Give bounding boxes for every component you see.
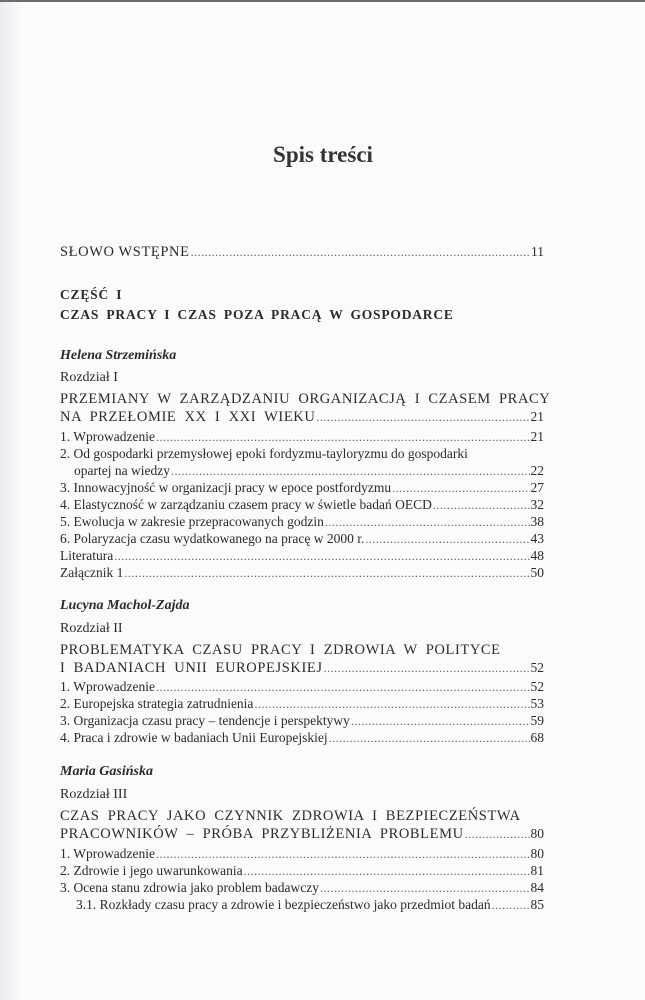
toc-entry: 3. Innowacyjność w organizacji pracy w e… (60, 480, 544, 496)
chapter-label: Rozdział I (60, 370, 118, 386)
toc-entry: Literatura48 (60, 548, 544, 564)
scan-edge-shade (0, 0, 22, 1000)
toc-entry-chapter: NA PRZEŁOMIE XX I XXI WIEKU21 (60, 409, 544, 425)
chapter-title-line: PRZEMIANY W ZARZĄDZANIU ORGANIZACJĄ I CZ… (60, 391, 550, 408)
toc-entry: 4. Elastyczność w zarządzaniu czasem pra… (60, 497, 544, 513)
toc-entry-chapter: PRACOWNIKÓW – PRÓBA PRZYBLIŻENIA PROBLEM… (60, 826, 544, 842)
toc-entry: 2. Zdrowie i jego uwarunkowania81 (60, 863, 544, 879)
chapter-label: Rozdział III (60, 787, 127, 803)
toc-entry-subsection: 3.1. Rozkłady czasu pracy a zdrowie i be… (60, 897, 544, 913)
toc-entry-chapter: I BADANIACH UNII EUROPEJSKIEJ52 (60, 660, 544, 676)
part-title: CZAS PRACY I CZAS POZA PRACĄ W GOSPODARC… (60, 307, 454, 323)
chapter-author: Lucyna Machol-Zajda (60, 598, 190, 614)
chapter-title-line: PROBLEMATYKA CZASU PRACY I ZDROWIA W POL… (60, 642, 501, 659)
toc-entry: 4. Praca i zdrowie w badaniach Unii Euro… (60, 730, 544, 746)
toc-entry: 3. Ocena stanu zdrowia jako problem bada… (60, 880, 544, 896)
chapter-title-line: CZAS PRACY JAKO CZYNNIK ZDROWIA I BEZPIE… (60, 808, 521, 825)
toc-entry: 5. Ewolucja w zakresie przepracowanych g… (60, 514, 544, 530)
chapter-author: Maria Gasińska (60, 764, 153, 780)
chapter-label: Rozdział II (60, 621, 123, 637)
toc-entry: 2. Od gospodarki przemysłowej epoki ford… (60, 446, 544, 462)
toc-entry: 3. Organizacja czasu pracy – tendencje i… (60, 713, 544, 729)
chapter-author: Helena Strzemińska (60, 348, 176, 364)
part-label: CZĘŚĆ I (60, 287, 122, 303)
scan-top-border (0, 0, 645, 2)
toc-entry: Załącznik 150 (60, 565, 544, 581)
toc-entry-preface: SŁOWO WSTĘPNE11 (60, 244, 544, 260)
toc-entry-continuation: opartej na wiedzy22 (60, 463, 544, 479)
toc-entry: 1. Wprowadzenie21 (60, 429, 544, 445)
toc-entry: 1. Wprowadzenie52 (60, 679, 544, 695)
toc-entry: 6. Polaryzacja czasu wydatkowanego na pr… (60, 531, 544, 547)
toc-entry: 2. Europejska strategia zatrudnienia53 (60, 696, 544, 712)
toc-entry: 1. Wprowadzenie80 (60, 846, 544, 862)
page-title: Spis treści (60, 142, 544, 168)
